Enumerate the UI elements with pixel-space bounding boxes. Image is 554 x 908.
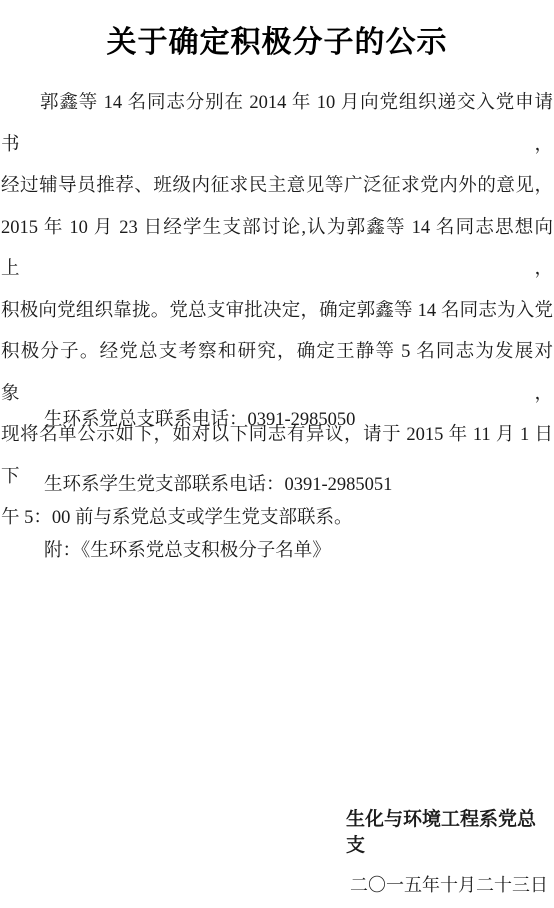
body-line: 午 5：00 前与系党总支或学生党支部联系。 [1, 498, 553, 540]
page-title: 关于确定积极分子的公示 [0, 24, 554, 62]
attachment-note: 附：《生环系党总支积极分子名单》 [44, 538, 331, 564]
signature: 生化与环境工程系党总支 [346, 807, 554, 859]
body-line: 经过辅导员推荐、班级内征求民主意见等广泛征求党内外的意见， [1, 166, 553, 208]
contact-phone-general-branch: 生环系党总支联系电话：0391-2985050 [44, 407, 355, 433]
body-line: 积极分子。经党总支考察和研究，确定王静等 5 名同志为发展对象， [1, 332, 553, 415]
body-line: 郭鑫等 14 名同志分别在 2014 年 10 月向党组织递交入党申请书， [1, 83, 553, 166]
document-page: 关于确定积极分子的公示 郭鑫等 14 名同志分别在 2014 年 10 月向党组… [0, 0, 554, 908]
contact-phone-student-branch: 生环系学生党支部联系电话：0391-2985051 [44, 472, 392, 498]
body-line: 积极向党组织靠拢。党总支审批决定，确定郭鑫等 14 名同志为入党 [1, 291, 553, 333]
body-line: 2015 年 10 月 23 日经学生支部讨论,认为郭鑫等 14 名同志思想向上… [1, 208, 553, 291]
document-date: 二〇一五年十月二十三日 [350, 872, 548, 898]
